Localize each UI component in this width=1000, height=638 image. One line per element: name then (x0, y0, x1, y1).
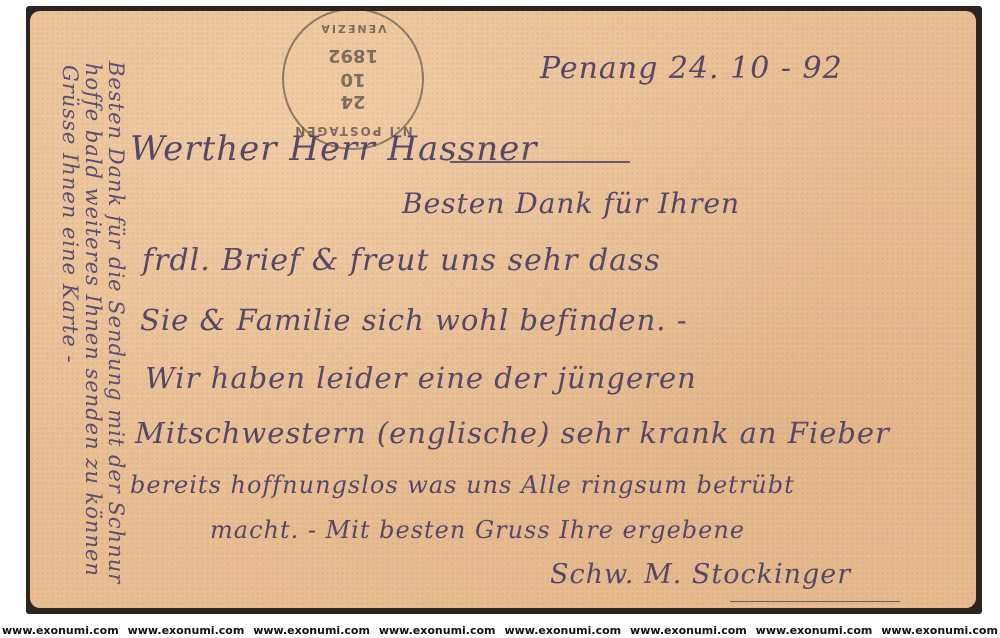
postcard: N.I POSTAGEN 24 10 1892 VENEZIA Penang 2… (30, 11, 976, 608)
margin-note: hoffe bald weiteres Ihnen senden zu könn… (81, 63, 105, 577)
postmark-day: 24 (284, 91, 422, 112)
watermark-text: www.exonumi.com (756, 624, 873, 638)
letter-line: macht. - Mit besten Gruss Ihre ergebene (210, 516, 745, 544)
letter-place-date: Penang 24. 10 - 92 (540, 51, 843, 86)
watermark-text: www.exonumi.com (253, 624, 370, 638)
postmark-year: 1892 (284, 45, 422, 66)
watermark-text: www.exonumi.com (504, 624, 621, 638)
letter-line: frdl. Brief & freut uns sehr dass (142, 243, 661, 278)
letter-salutation: Werther Herr Hassner (130, 129, 537, 169)
margin-note: Besten Dank für die Sendung mit der Schn… (104, 61, 128, 584)
pen-stroke (730, 601, 900, 602)
letter-line: Sie & Familie sich wohl befinden. - (140, 303, 688, 337)
watermark-footer: www.exonumi.com www.exonumi.com www.exon… (0, 624, 1000, 638)
letter-signature: Schw. M. Stockinger (550, 559, 851, 590)
letter-line: bereits hoffnungslos was uns Alle ringsu… (130, 471, 795, 499)
watermark-text: www.exonumi.com (2, 624, 119, 638)
watermark-text: www.exonumi.com (630, 624, 747, 638)
letter-line: Mitschwestern (englische) sehr krank an … (135, 416, 890, 450)
letter-line: Besten Dank für Ihren (402, 187, 740, 220)
letter-line: Wir haben leider eine der jüngeren (145, 361, 697, 395)
postmark-month: 10 (284, 69, 422, 90)
watermark-text: www.exonumi.com (128, 624, 245, 638)
margin-note: Grüsse Ihnen eine Karte - (58, 65, 82, 364)
pen-stroke (450, 161, 630, 163)
postmark-bottom-text: VENEZIA (284, 22, 422, 35)
watermark-text: www.exonumi.com (881, 624, 998, 638)
watermark-text: www.exonumi.com (379, 624, 496, 638)
